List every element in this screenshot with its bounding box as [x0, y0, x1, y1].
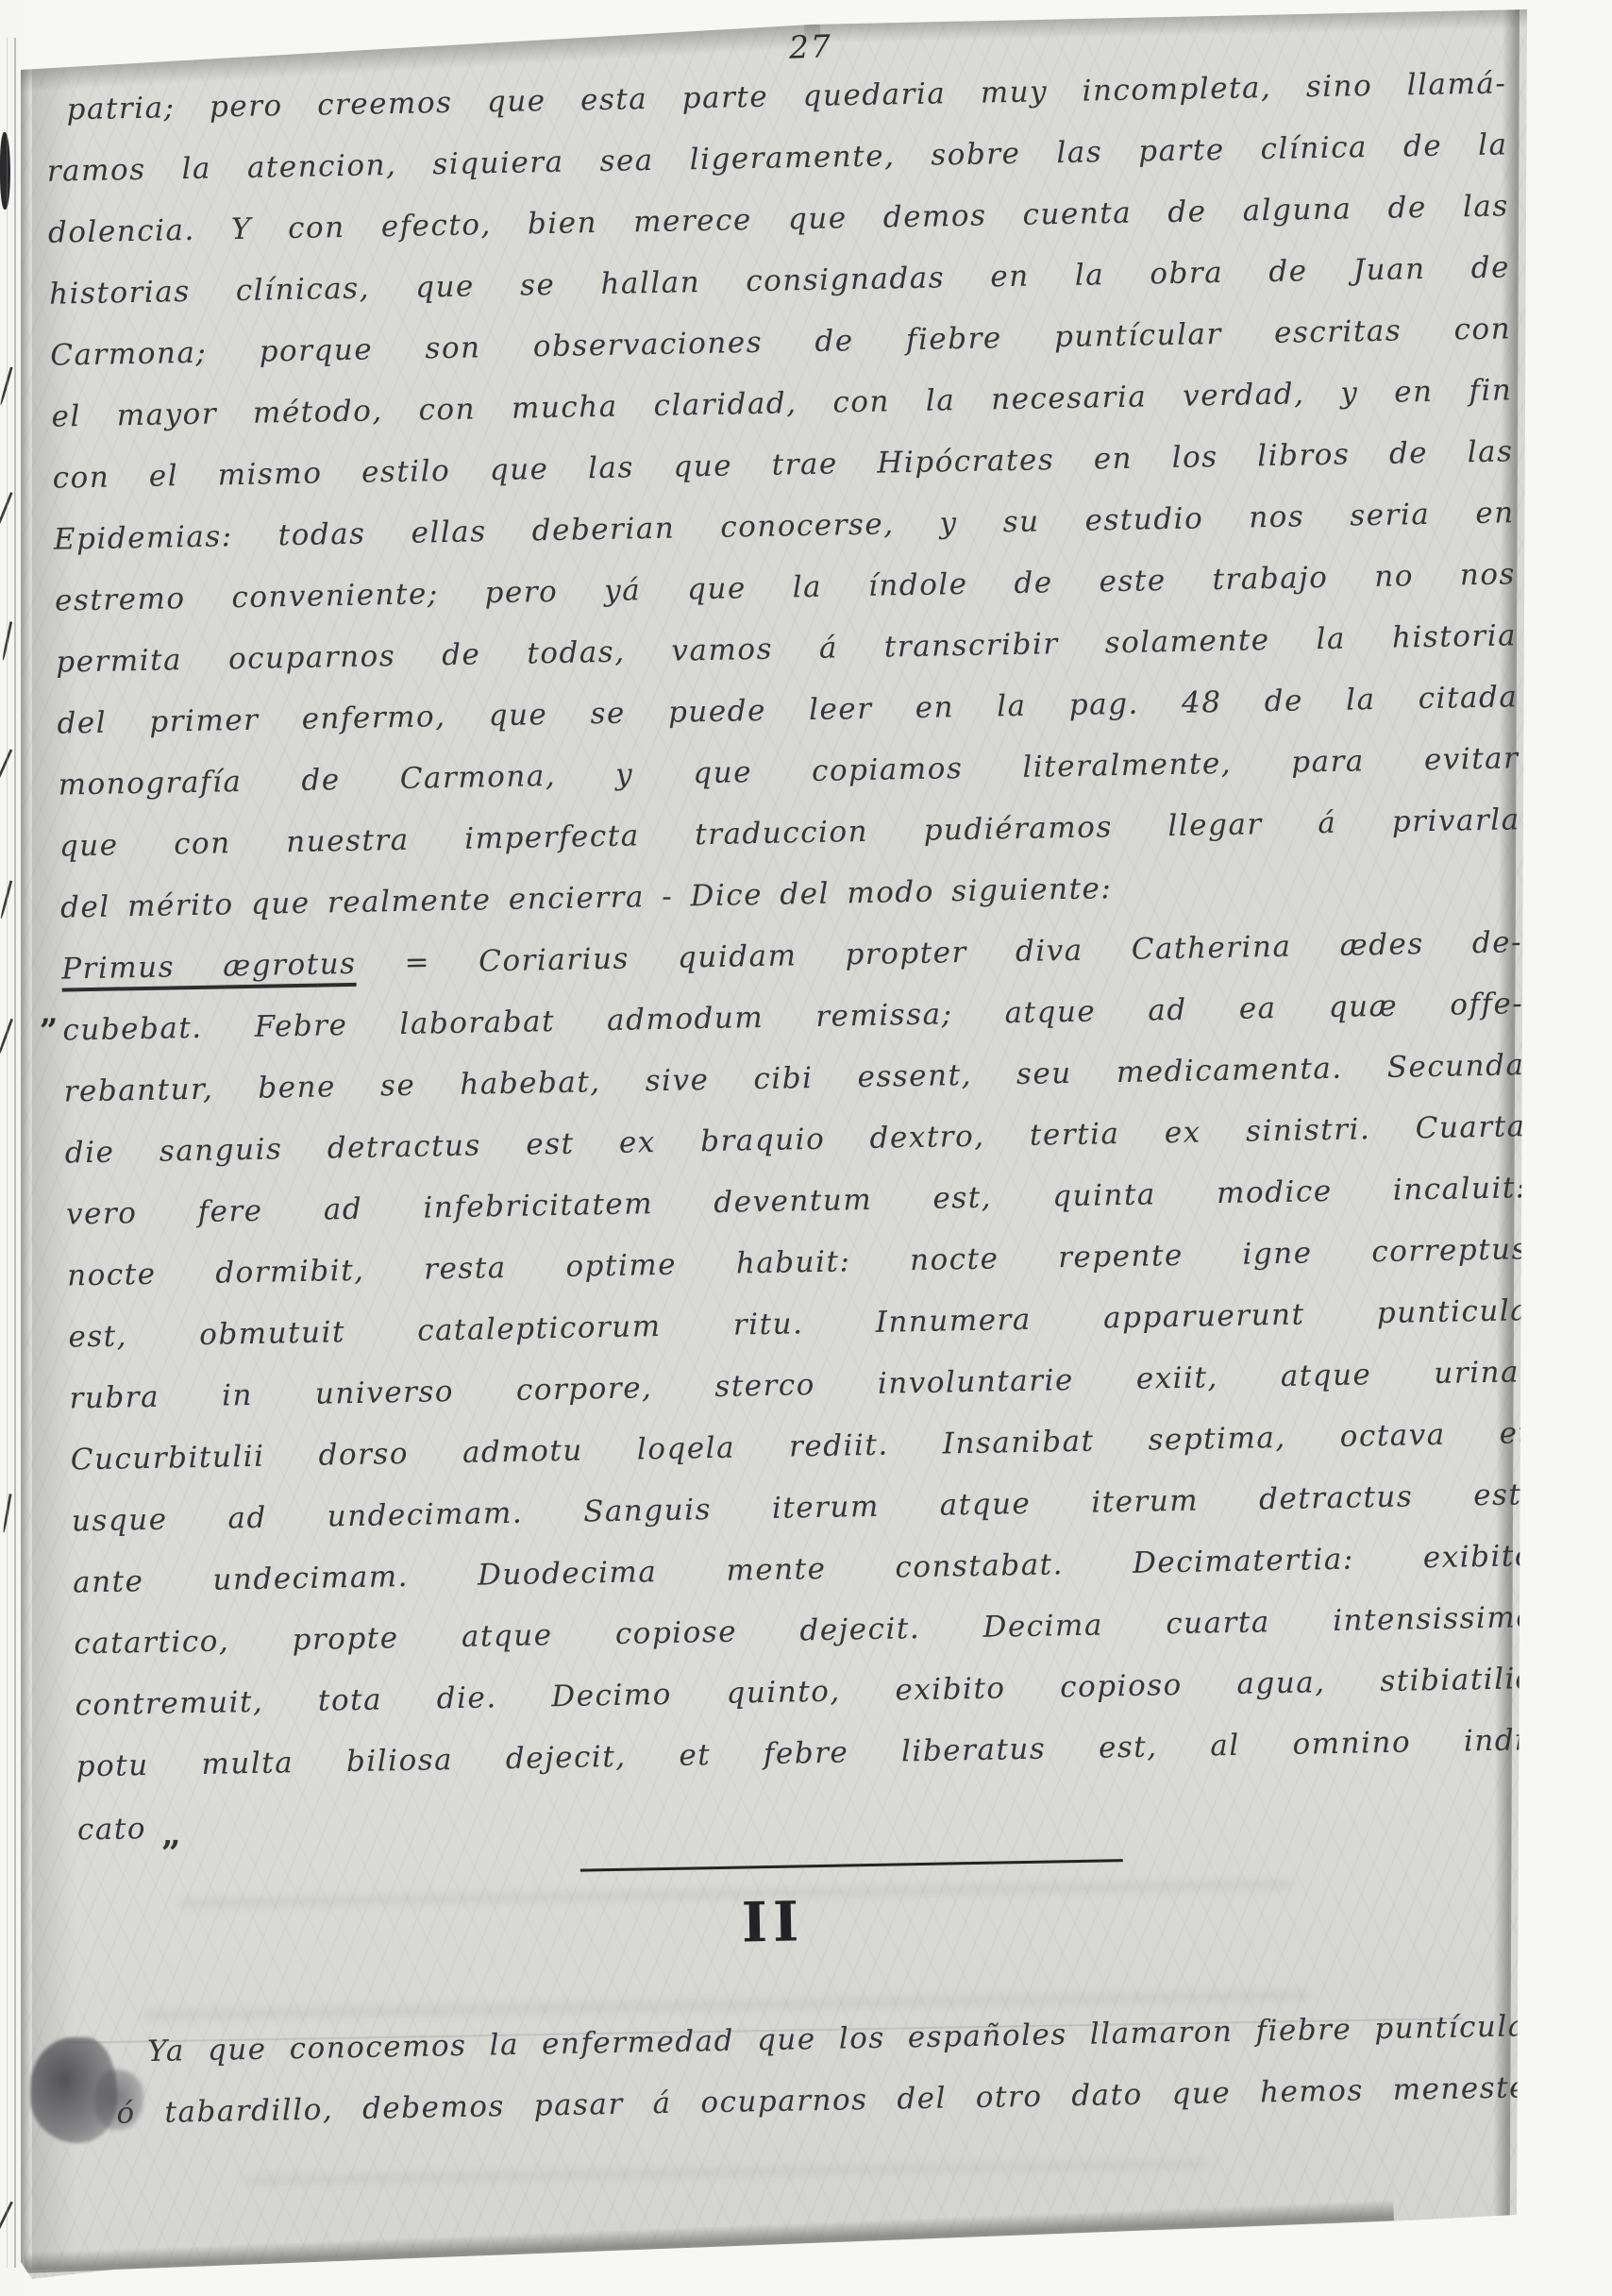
- closing-quotation-mark: „: [161, 1814, 183, 1853]
- gutter-ink-mark: [2, 1494, 11, 1533]
- gutter-ink-mark: [0, 492, 13, 530]
- section-divider-rule: [580, 1859, 1123, 1872]
- gutter-ink-mark: [0, 366, 13, 405]
- paper-bottom-edge-shadow: [24, 2200, 1394, 2273]
- page-number: 27: [788, 27, 832, 66]
- gutter-ink-mark: [0, 749, 12, 786]
- primus-aegrotus-underlined: Primus ægrotus: [61, 947, 357, 992]
- primus-aegrotus-rest: = Coriarius quidam propter diva Catherin…: [404, 925, 1522, 980]
- margin-quotation-mark: „: [40, 983, 60, 1044]
- gutter-ink-mark: [0, 880, 12, 919]
- closing-word: cato: [77, 1812, 147, 1847]
- gutter-ink-mark: [0, 1019, 13, 1056]
- paper-left-edge-shadow: [21, 60, 30, 2270]
- section-heading-numeral: II: [741, 1892, 827, 1952]
- ink-blot-small: [94, 2069, 143, 2130]
- manuscript-text: patria; pero creemos que esta parte qued…: [45, 53, 1544, 2145]
- gutter-ink-mark: [2, 621, 13, 661]
- page: 27 patria; pero creemos que esta parte q…: [0, 0, 1612, 2296]
- gutter-ink-mark: [0, 2201, 13, 2237]
- gutter-ink-mark: [0, 132, 10, 210]
- show-through-ghost-line: [245, 2159, 1208, 2186]
- manuscript-scan: 27 patria; pero creemos que esta parte q…: [0, 0, 1612, 2296]
- paper-top-edge-shadow: [804, 7, 1550, 43]
